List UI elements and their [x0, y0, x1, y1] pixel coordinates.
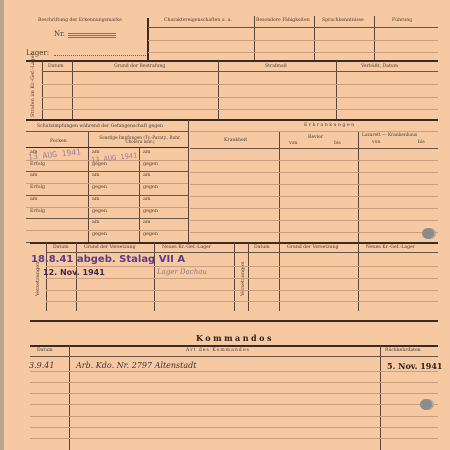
col-served: Verbüßt, Datum: [361, 65, 398, 70]
col-hospital: Lazarett — Krankenhaus: [362, 134, 417, 138]
number-line: [68, 35, 116, 36]
rule: [190, 208, 438, 209]
vaccination-header: Schutzimpfungen während der Gefangenscha…: [37, 125, 163, 130]
rule: [46, 301, 438, 302]
kommandos-title: Kommandos: [196, 333, 274, 343]
divider: [336, 61, 337, 119]
col-illness: Krankheit: [224, 139, 247, 144]
divider: [88, 132, 89, 242]
divider: [188, 120, 189, 242]
divider: [69, 346, 70, 450]
divider: [42, 61, 43, 119]
rule: [30, 427, 438, 428]
punch-hole-upper: [422, 228, 434, 239]
rule: [26, 207, 188, 208]
divider: [218, 61, 219, 119]
rule: [42, 71, 438, 72]
rule: [190, 196, 438, 197]
col-sentence: Strafmaß: [265, 65, 287, 70]
rule: [30, 371, 438, 372]
vaccination-cell-col-c: am: [143, 221, 150, 226]
col-languages: Sprachkenntnisse: [322, 19, 364, 24]
rule: [46, 252, 438, 253]
vaccination-cell-col-a: Erfolg: [30, 186, 45, 191]
rule: [30, 416, 438, 417]
vaccination-cell-col-a: am: [30, 198, 37, 203]
col-abilities: Besondere Fähigkeiten: [256, 19, 310, 24]
rule: [26, 147, 188, 148]
section-rule: [30, 320, 438, 322]
transfer-camp-handwriting: Lager Dachau: [157, 268, 207, 276]
number-line: [68, 33, 116, 34]
col-infirmary: Revier: [308, 136, 323, 141]
kommando-col-return: Rückkehrdaten: [385, 349, 421, 354]
vaccination-cell-col-b: gegen: [92, 186, 107, 191]
rule: [26, 183, 188, 184]
vaccination-cell-col-c: gegen: [143, 233, 158, 238]
rule: [30, 438, 438, 439]
transfer-col-reason: Grund der Versetzung: [84, 246, 136, 251]
rule: [26, 195, 188, 196]
vaccination-cell-col-b: am: [92, 221, 99, 226]
rule: [42, 97, 438, 98]
vaccination-cell-col-a: am: [30, 174, 37, 179]
rule: [190, 148, 438, 149]
other-vaccinations-label: Sonstige Impfungen (Ty.-Paraty., Ruhr, C…: [93, 136, 187, 144]
transfer-col-date: Datum: [53, 246, 69, 251]
col-reason: Grund der Bestrafung: [114, 65, 165, 70]
kommando-return-date: 5. Nov. 1941: [387, 361, 442, 371]
number-label: Nr.: [54, 31, 65, 38]
divider: [72, 61, 73, 119]
punishments-side-label: Strafen im Kr.-Gef.-Lager: [30, 53, 36, 117]
rule: [42, 109, 438, 110]
punch-hole-lower: [420, 399, 432, 410]
camp-line: [54, 55, 146, 56]
number-line: [68, 37, 116, 38]
rule: [190, 131, 438, 132]
vaccination-cell-col-c: gegen: [143, 210, 158, 215]
rule: [30, 356, 438, 357]
col-character: Charaktereigenschaften u. a.: [164, 19, 232, 24]
tag-label: Beschriftung der Erkennungsmarke: [38, 19, 122, 24]
rule: [190, 184, 438, 185]
transfers-side-label-left: Versetzungen: [35, 262, 41, 297]
rule: [30, 382, 438, 383]
rule: [190, 172, 438, 173]
vaccination-cell-col-b: am: [92, 198, 99, 203]
kommando-type: Arb. Kdo. Nr. 2797 Altenstadt: [76, 361, 196, 370]
divider: [314, 16, 315, 60]
rule: [190, 160, 438, 161]
divider: [380, 346, 381, 450]
rule: [26, 131, 188, 132]
transfer-col-date-2: Datum: [254, 246, 270, 251]
vaccination-cell-col-c: am: [143, 174, 150, 179]
kommando-date: 3.9.41: [29, 361, 54, 370]
rule: [190, 220, 438, 221]
rule: [148, 27, 438, 28]
vaccination-cell-col-a: Erfolg: [30, 163, 45, 168]
vaccination-cell-col-c: gegen: [143, 163, 158, 168]
transfer-col-camp-2: Neues Kr.-Gef.-Lager: [366, 246, 415, 251]
vaccination-cell-col-b: gegen: [92, 233, 107, 238]
rule: [42, 84, 438, 85]
illness-header: Erkrankungen: [304, 124, 356, 129]
rule: [148, 40, 438, 41]
section-rule: [26, 60, 438, 62]
rule: [46, 266, 438, 267]
divider: [147, 18, 149, 60]
col-conduct: Führung: [392, 19, 412, 24]
kommando-col-type: Art des Kommandos: [186, 349, 250, 354]
col-date: Datum: [48, 65, 64, 70]
section-rule: [30, 345, 438, 347]
rule: [26, 230, 188, 231]
rule: [30, 393, 438, 394]
rule: [148, 52, 438, 53]
rule: [190, 232, 438, 233]
vaccination-cell-col-a: Erfolg: [30, 210, 45, 215]
divider: [254, 16, 255, 60]
section-rule: [26, 119, 438, 121]
rule: [26, 171, 188, 172]
rule: [46, 290, 438, 291]
rule: [26, 218, 188, 219]
infirmary-to: bis: [334, 142, 341, 147]
smallpox-label: Pocken: [50, 140, 67, 145]
vaccination-cell-col-c: gegen: [143, 186, 158, 191]
infirmary-from: von: [289, 142, 297, 147]
hospital-from: von: [372, 141, 380, 146]
rule: [46, 278, 438, 279]
rule: [30, 404, 438, 405]
transfer-col-camp: Neues Kr.-Gef.-Lager: [162, 246, 211, 251]
vaccination-cell-col-c: am: [143, 198, 150, 203]
vaccination-cell-col-b: am: [92, 174, 99, 179]
hospital-to: bis: [418, 141, 425, 146]
vaccination-cell-col-b: gegen: [92, 210, 107, 215]
transfer-col-reason-2: Grund der Versetzung: [287, 246, 339, 251]
transfer-stamp: 18.8.41 abgeb. Stalag VII A: [31, 254, 185, 265]
divider: [374, 16, 375, 60]
transfer-date-stamp: 12. Nov. 1941: [43, 268, 105, 277]
index-card: Beschriftung der Erkennungsmarke Nr. Lag…: [4, 0, 450, 450]
kommando-col-date: Datum: [37, 349, 53, 354]
vaccination-cell-col-c: am: [143, 151, 150, 156]
